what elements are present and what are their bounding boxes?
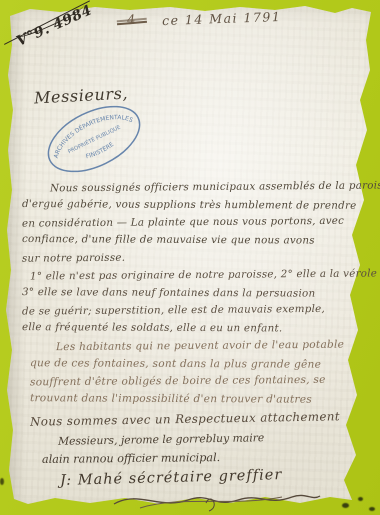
scanned-letter-photo: V°9. 4984 4 ce 14 Mai 1791 Messieurs, AR… — [0, 0, 380, 515]
paper-stain — [342, 503, 349, 508]
handwritten-line: Nous soussignés officiers municipaux ass… — [22, 177, 380, 198]
handwritten-line: 1° elle n'est pas originaire de notre pa… — [22, 265, 377, 286]
letter-paragraph-3: Les habitants qui ne peuvent avoir de l'… — [30, 338, 344, 408]
paper-stain — [0, 478, 4, 485]
handwritten-line: souffrent d'être obligés de boire de ces… — [30, 372, 344, 392]
handwritten-line: en considération — La plainte que nous v… — [22, 213, 380, 234]
paper-stain — [358, 497, 363, 501]
letter-paragraph-2: 1° elle n'est pas originaire de notre pa… — [22, 267, 377, 337]
page-number: 4 — [127, 13, 136, 28]
handwritten-line: de se guérir; superstition, elle est de … — [22, 301, 377, 322]
signature-line: alain rannou officier municipal. — [42, 451, 220, 466]
letter-paragraph-1: Nous soussignés officiers municipaux ass… — [22, 179, 380, 267]
handwritten-line: elle a fréquenté les soldats, elle a eu … — [22, 319, 377, 338]
signature-flourish — [110, 486, 325, 514]
handwritten-line: Les habitants qui ne peuvent avoir de l'… — [30, 337, 344, 357]
stamp-text-middle: PROPRIÉTÉ PUBLIQUE — [66, 122, 122, 155]
handwritten-line: trouvant dans l'impossibilité d'en trouv… — [30, 390, 344, 409]
paper-stain — [369, 507, 375, 511]
